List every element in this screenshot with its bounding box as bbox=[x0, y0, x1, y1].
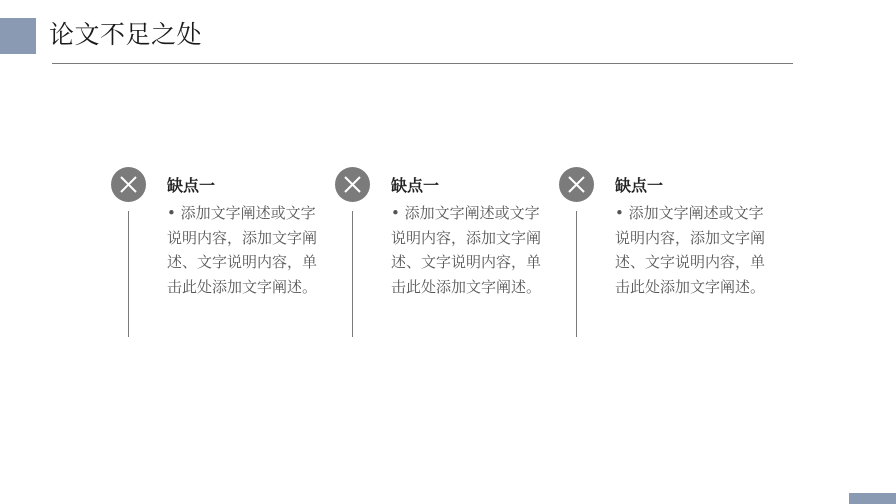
header-accent-block bbox=[0, 18, 36, 54]
title-divider bbox=[52, 63, 793, 64]
close-circle-icon bbox=[559, 167, 594, 202]
item-title: 缺点一 bbox=[391, 175, 439, 197]
shortcoming-item-2: 缺点一 • 添加文字阐述或文字说明内容，添加文字阐 述、文字说明内容，单击此处添… bbox=[335, 167, 555, 342]
shortcoming-item-1: 缺点一 • 添加文字阐述或文字说明内容，添加文字阐 述、文字说明内容，单击此处添… bbox=[111, 167, 331, 342]
shortcoming-item-3: 缺点一 • 添加文字阐述或文字说明内容，添加文字阐 述、文字说明内容，单击此处添… bbox=[559, 167, 779, 342]
item-divider-line bbox=[352, 211, 353, 337]
item-body: • 添加文字阐述或文字说明内容，添加文字阐 述、文字说明内容，单击此处添加文字阐… bbox=[615, 201, 765, 299]
item-body: • 添加文字阐述或文字说明内容，添加文字阐 述、文字说明内容，单击此处添加文字阐… bbox=[391, 201, 541, 299]
corner-accent-block bbox=[849, 493, 896, 504]
close-circle-icon bbox=[111, 167, 146, 202]
item-body: • 添加文字阐述或文字说明内容，添加文字阐 述、文字说明内容，单击此处添加文字阐… bbox=[167, 201, 317, 299]
item-title: 缺点一 bbox=[615, 175, 663, 197]
page-title: 论文不足之处 bbox=[49, 17, 202, 53]
item-divider-line bbox=[128, 211, 129, 337]
item-title: 缺点一 bbox=[167, 175, 215, 197]
item-divider-line bbox=[576, 211, 577, 337]
close-circle-icon bbox=[335, 167, 370, 202]
